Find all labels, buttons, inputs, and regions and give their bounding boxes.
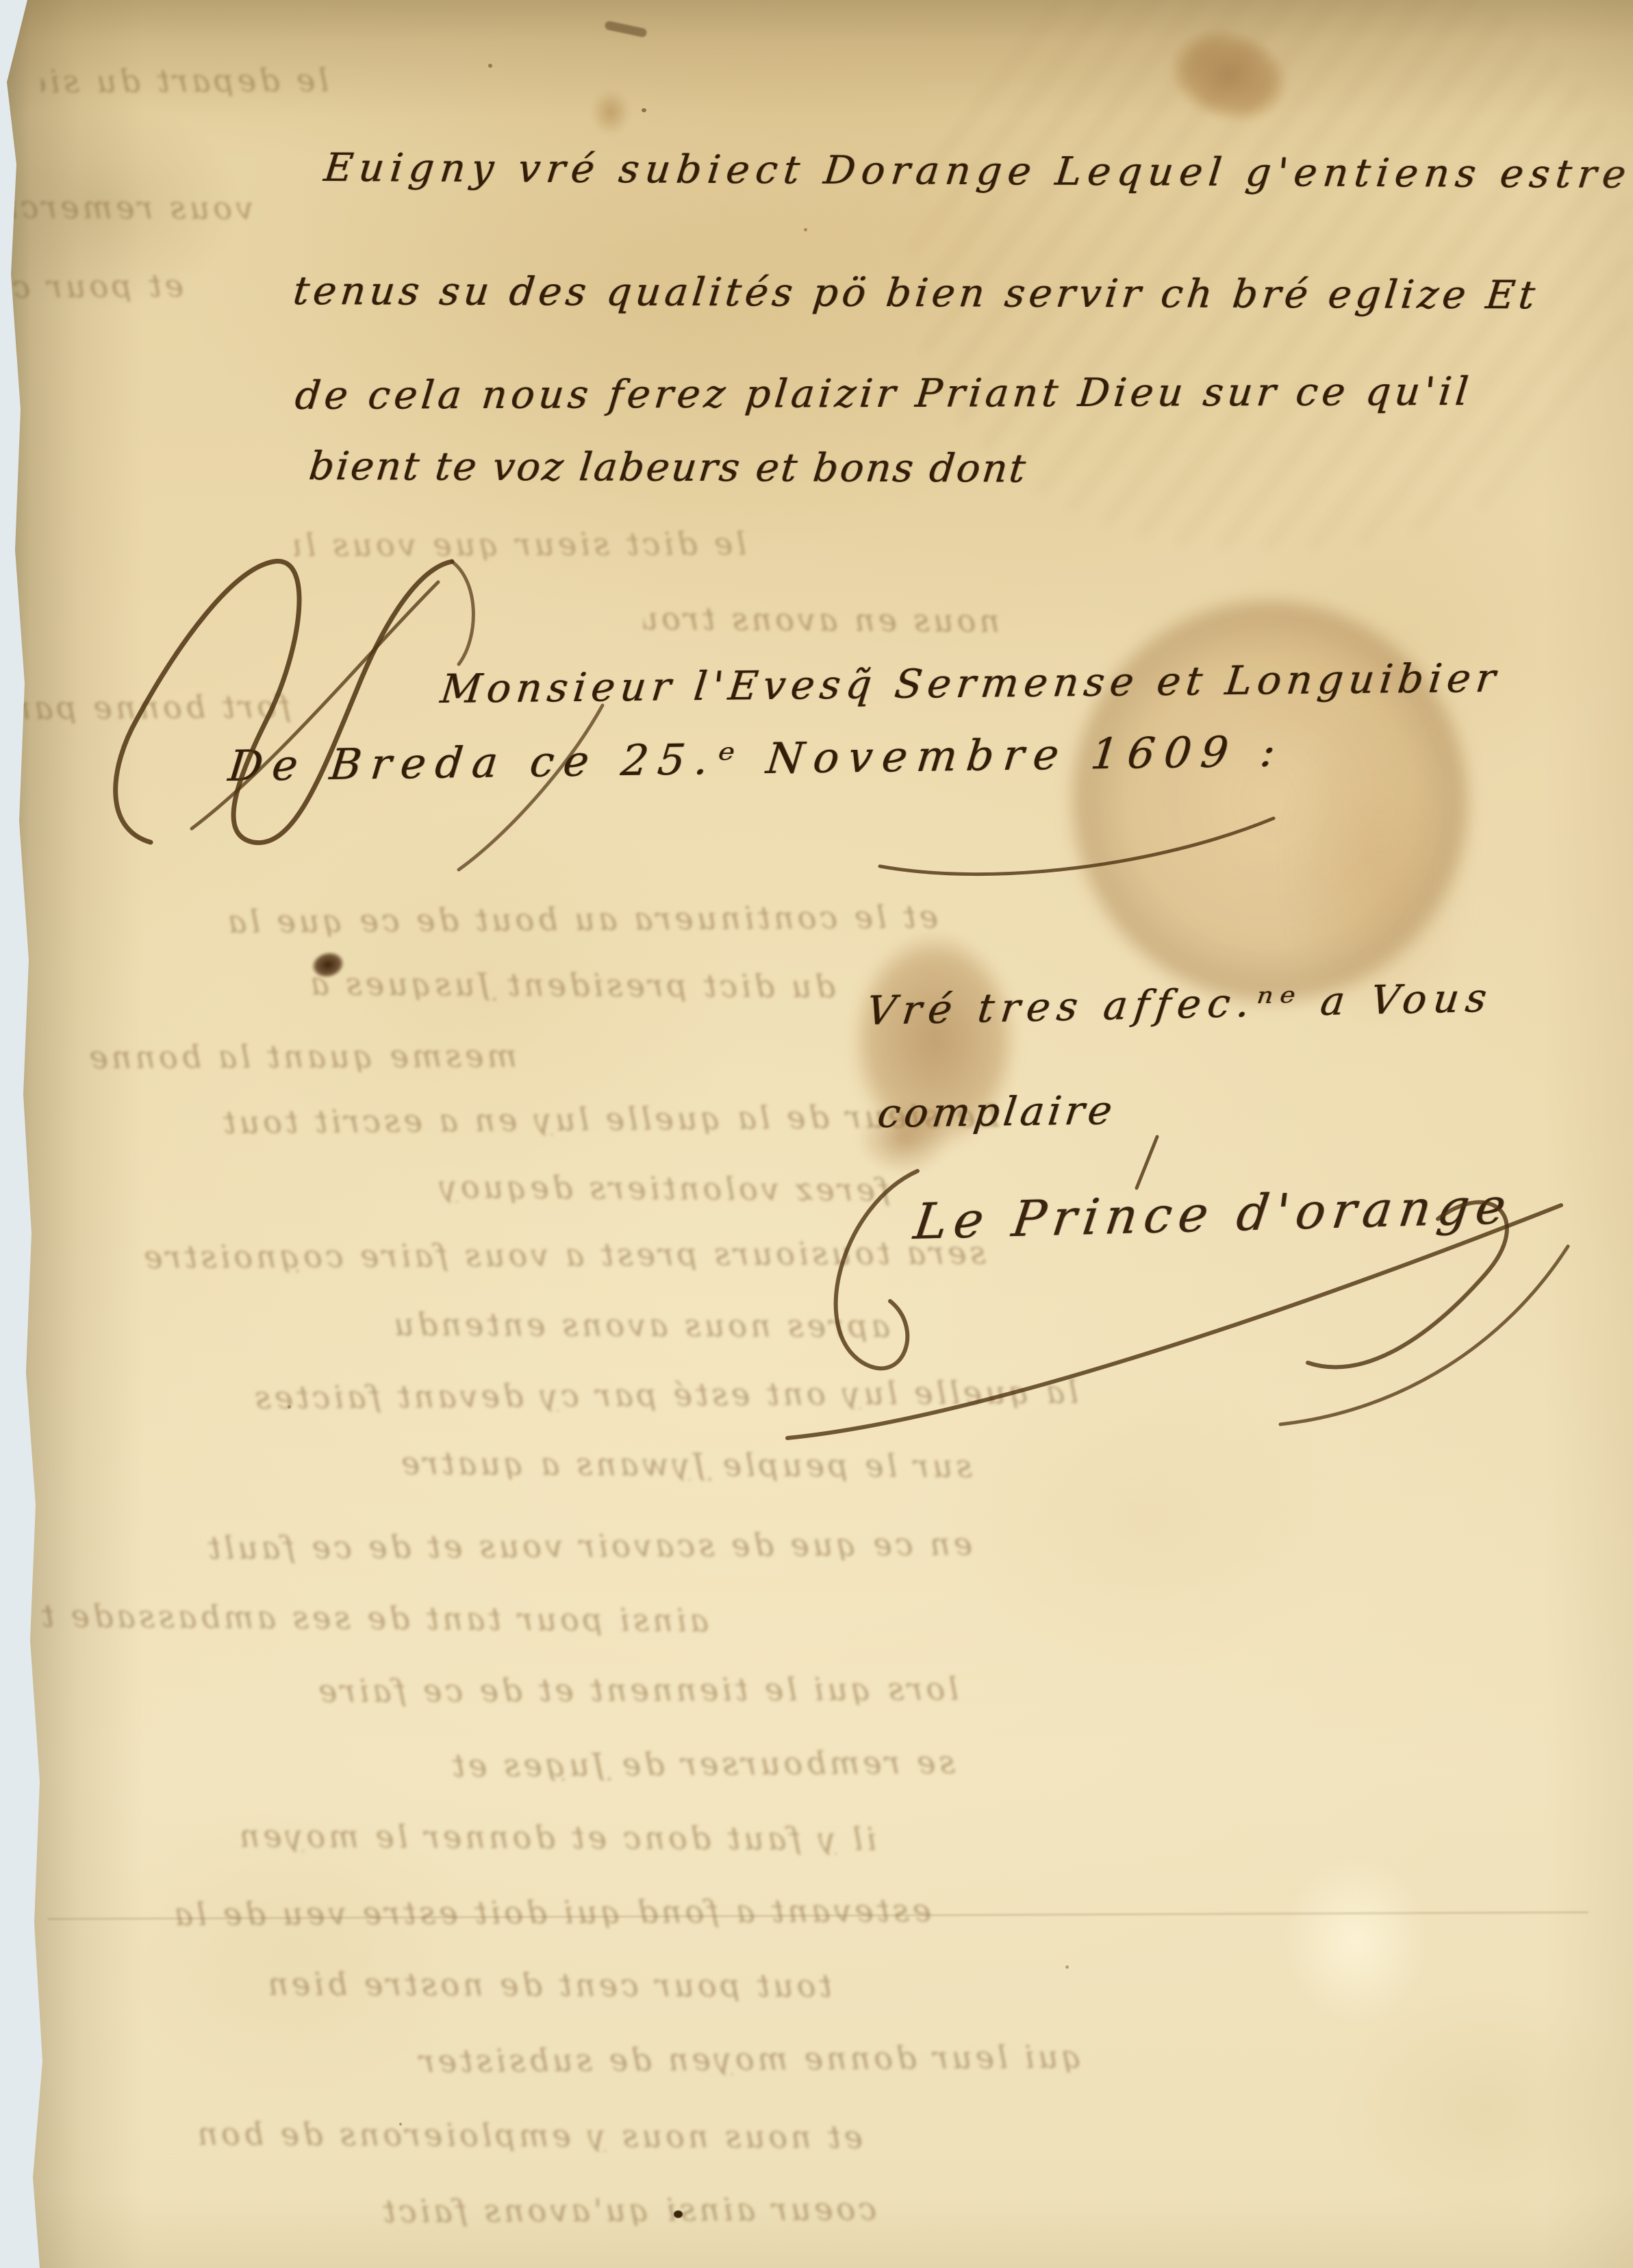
scanned-letter: { "page": { "kind": "scanned handwritten… xyxy=(0,0,1633,2268)
paper-edge-shading xyxy=(0,0,1633,2268)
letter-page: le depart du sieur ains vous remercie bi… xyxy=(0,0,1633,2268)
